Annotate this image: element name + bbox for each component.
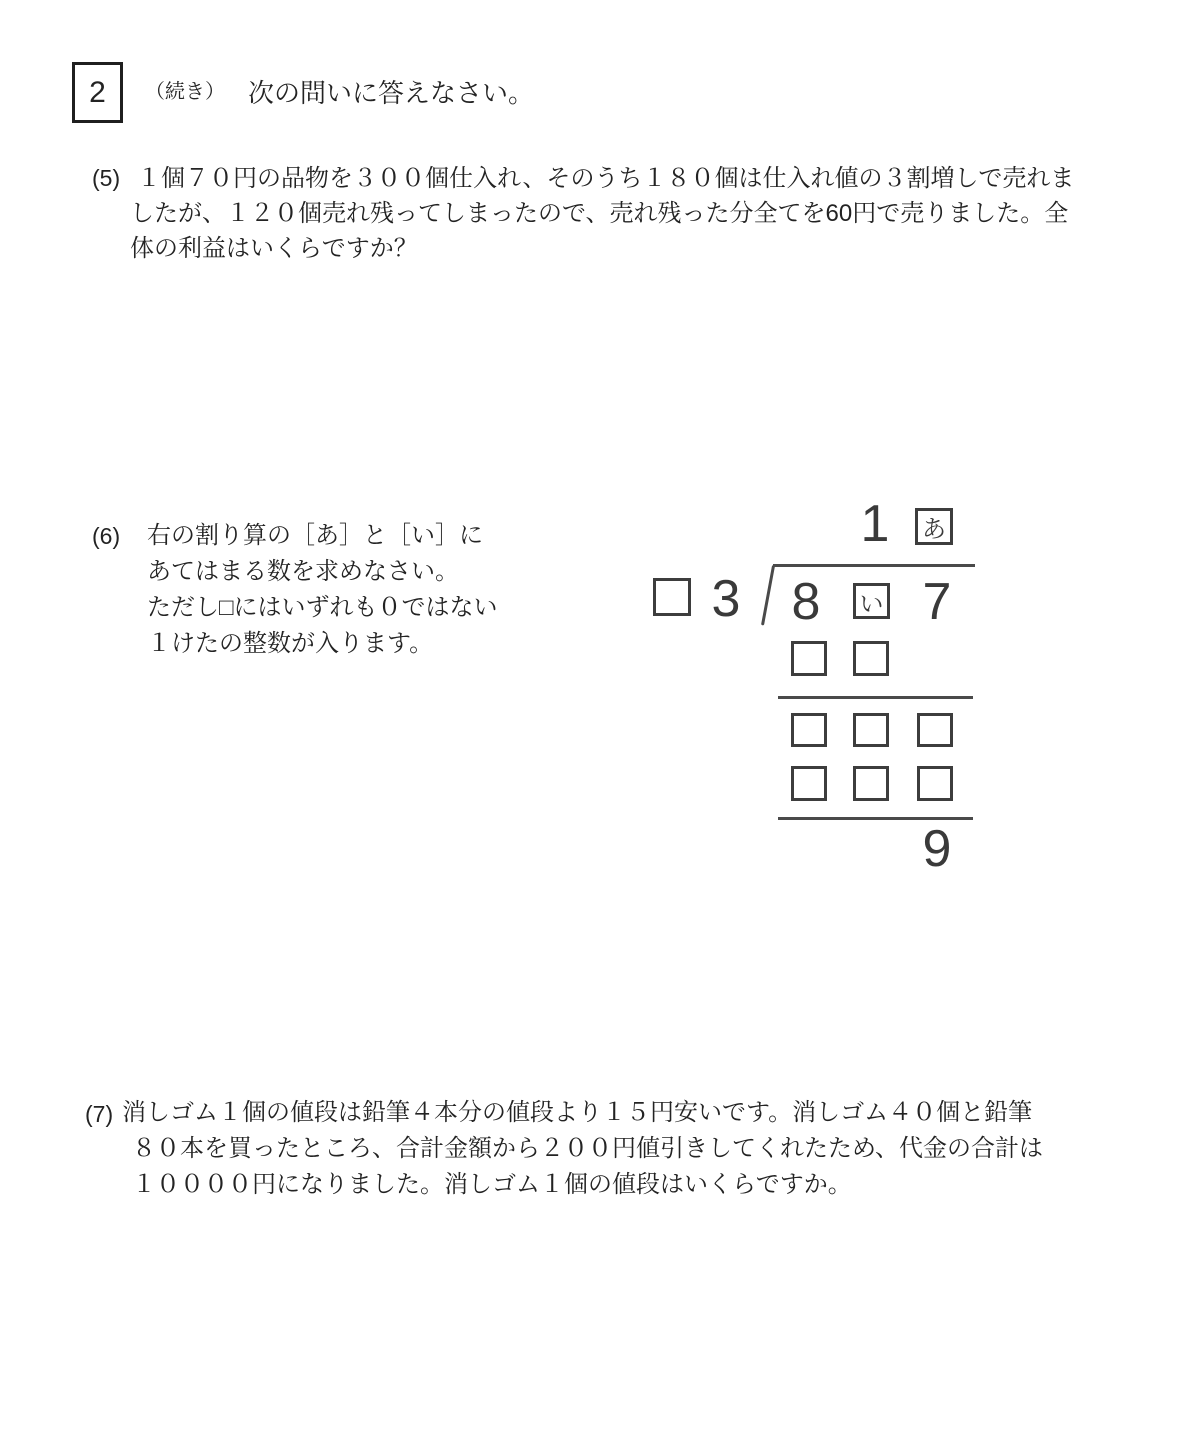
problem-5-line-3: 体の利益はいくらですか？ [130, 231, 1074, 266]
product2-blank-box-2 [853, 766, 889, 801]
subtraction-line-1 [778, 696, 973, 699]
quotient-kana-box: あ [915, 508, 953, 545]
problem-7-text: 消しゴム１個の値段は鉛筆４本分の値段より１５円安いです。消しゴム４０個と鉛筆 ８… [122, 1095, 1043, 1203]
remainder-blank-box-3 [917, 713, 953, 747]
divisor-digit: 3 [704, 571, 748, 627]
final-remainder-digit: 9 [915, 821, 959, 877]
quotient-digit: 1 [853, 496, 897, 552]
header-instruction: 次の問いに答えなさい。 [248, 79, 534, 107]
problem-7-line-3: １００００円になりました。消しゴム１個の値段はいくらですか。 [122, 1167, 1043, 1203]
header-note: （続き） [145, 81, 225, 103]
dividend-ones-digit: 7 [915, 574, 959, 630]
problem-6-line-4: １けたの整数が入ります。 [147, 626, 498, 662]
long-division-figure: 1 あ 3 8 い 7 9 [650, 485, 990, 890]
problem-6-line-3: ただし□にはいずれも０ではない [147, 590, 498, 626]
question-number-box: 2 [72, 62, 123, 123]
product2-blank-box-3 [917, 766, 953, 801]
kana-a-label: あ [922, 509, 946, 544]
problem-6-text: 右の割り算の［あ］と［い］に あてはまる数を求めなさい。 ただし□にはいずれも０… [147, 518, 498, 662]
problem-7-label: (7) [85, 1102, 113, 1126]
problem-7-line-2: ８０本を買ったところ、合計金額から２００円値引きしてくれたため、代金の合計は [122, 1131, 1043, 1167]
remainder-blank-box-2 [853, 713, 889, 747]
kana-i-label: い [860, 584, 884, 619]
problem-5-line-1: １個７０円の品物を３００個仕入れ、そのうち１８０個は仕入れ値の３割増しで売れま [130, 161, 1074, 196]
dividend-kana-box: い [853, 583, 890, 619]
problem-6-label: (6) [92, 524, 120, 548]
problem-5-line-2: したが、１２０個売れ残ってしまったので、売れ残った分全てを60円で売りました。全 [130, 196, 1074, 231]
problem-5-label: (5) [92, 166, 120, 190]
problem-6-line-1: 右の割り算の［あ］と［い］に [147, 518, 498, 554]
dividend-hundreds-digit: 8 [784, 574, 828, 630]
product2-blank-box-1 [791, 766, 827, 801]
problem-7-line-1: 消しゴム１個の値段は鉛筆４本分の値段より１５円安いです。消しゴム４０個と鉛筆 [122, 1095, 1043, 1131]
division-bracket-slash [761, 565, 775, 626]
divisor-blank-box [653, 578, 691, 616]
problem-6-line-2: あてはまる数を求めなさい。 [147, 554, 498, 590]
division-vinculum-line [773, 564, 975, 567]
remainder-blank-box-1 [791, 713, 827, 747]
problem-5-text: １個７０円の品物を３００個仕入れ、そのうち１８０個は仕入れ値の３割増しで売れま … [130, 161, 1074, 266]
question-number: 2 [89, 76, 106, 110]
product1-blank-box-2 [853, 641, 889, 676]
product1-blank-box-1 [791, 641, 827, 676]
